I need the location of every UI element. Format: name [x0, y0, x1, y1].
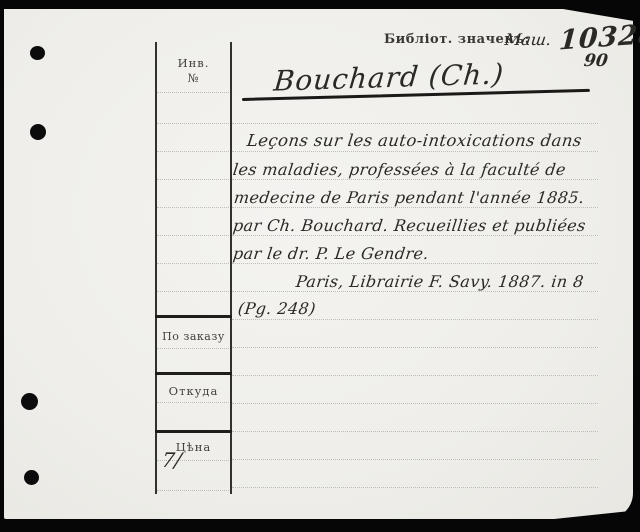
- rule-line: [232, 375, 598, 376]
- body-line: Paris, Librairie F. Savy. 1887. in 8: [295, 272, 585, 291]
- column-right-border: [230, 42, 232, 494]
- rule-line: [157, 490, 229, 491]
- rule-line: [232, 459, 598, 460]
- rule-line: [232, 347, 598, 348]
- rule-line: [232, 123, 598, 124]
- rule-line: [157, 348, 229, 349]
- section-divider: [155, 315, 232, 318]
- punch-hole: [24, 470, 39, 485]
- rule-line: [157, 235, 229, 236]
- inventory-number-sign: №: [156, 71, 231, 85]
- secondary-number: 90: [583, 51, 609, 71]
- body-line: par Ch. Bouchard. Recueillies et publiée…: [232, 216, 587, 235]
- rule-line: [157, 207, 229, 208]
- rule-line: [232, 207, 598, 208]
- body-line: les maladies, professées à la faculté de: [232, 160, 567, 179]
- rule-line: [157, 179, 229, 180]
- origin-label: Откуда: [156, 384, 231, 398]
- column-left-border: [155, 42, 157, 494]
- rule-line: [157, 123, 229, 124]
- section-divider: [155, 372, 232, 375]
- inventory-number-label: Инв.: [156, 56, 231, 70]
- body-line: Leçons sur les auto-intoxications dans: [246, 131, 583, 150]
- rule-line: [232, 319, 598, 320]
- rule-line: [157, 402, 229, 403]
- library-mark-handwritten: Маш.: [504, 30, 553, 49]
- body-line: par le dr. P. Le Gendre.: [232, 244, 430, 263]
- punch-hole: [21, 393, 38, 410]
- on-order-label: По заказу: [156, 330, 231, 343]
- rule-line: [157, 151, 229, 152]
- punch-hole: [30, 46, 45, 60]
- rule-line: [232, 291, 598, 292]
- body-line: (Pg. 248): [237, 299, 317, 318]
- rule-line: [157, 263, 229, 264]
- rule-line: [232, 263, 598, 264]
- rule-line: [232, 487, 598, 488]
- rule-line: [232, 179, 598, 180]
- catalog-card-scan: Инв. № По заказу Откуда Цѣна 7/ Библіот.…: [0, 0, 640, 532]
- rule-line: [232, 235, 598, 236]
- rule-line: [232, 431, 598, 432]
- rule-line: [232, 403, 598, 404]
- punch-hole: [30, 124, 46, 140]
- rule-line: [157, 291, 229, 292]
- rule-line: [232, 151, 598, 152]
- body-line: medecine de Paris pendant l'année 1885.: [233, 188, 586, 207]
- price-handwritten-value: 7/: [161, 448, 183, 472]
- rule-line: [157, 92, 229, 93]
- section-divider: [155, 430, 232, 433]
